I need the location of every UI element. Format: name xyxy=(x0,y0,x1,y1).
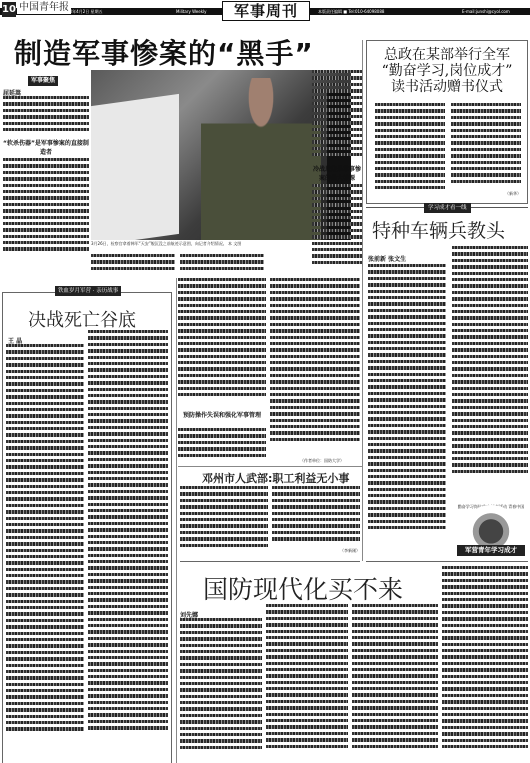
dengzhou-body-col1 xyxy=(180,486,268,551)
vehicle-headline: 特种车辆兵教头 xyxy=(372,216,505,243)
defense-body-col4 xyxy=(442,566,528,763)
lead-subhead-2: 冷战思维是军事惨案的最大根源 xyxy=(312,164,362,182)
section-rule: 学习成才看一线 xyxy=(366,203,528,213)
reading-event-headline-line3: 读书活动赠书仪式 xyxy=(367,79,527,95)
reading-event-headline-line1: 总政在某部举行全军 xyxy=(367,47,527,63)
section-rule-label: 学习成才看一线 xyxy=(424,203,471,213)
defense-body-col2 xyxy=(266,604,348,763)
lead-source: （作者单位：国防大学） xyxy=(300,458,344,464)
lead-body-col4a xyxy=(312,70,362,165)
reading-event-headline-line2: “勤奋学习,岗位成才” xyxy=(367,63,527,79)
issue-date: 2010年4月2日 星期五 xyxy=(62,8,103,15)
reading-event-source: （新华） xyxy=(505,191,521,197)
section-title: 军事周刊 xyxy=(222,1,310,21)
study-emblem: 勤奋学习岗位成才 读书活动 青春中国 军营青年学习成才 xyxy=(455,505,527,560)
lead-body-col6 xyxy=(270,278,360,458)
column-rule-1 xyxy=(176,278,177,763)
page-number: 10 xyxy=(2,2,16,17)
vehicle-byline: 张前新 张文生 xyxy=(368,254,406,263)
lead-body-col1a xyxy=(3,96,89,136)
lead-subhead-3: 预防操作失误和强化军事管理 xyxy=(178,410,266,419)
divider-dengzhou-bottom xyxy=(180,561,360,562)
lead-body-col2 xyxy=(91,254,175,274)
battle-body-col1 xyxy=(6,344,84,759)
emblem-banner: 军营青年学习成才 xyxy=(457,545,525,556)
vehicle-body-col1 xyxy=(368,264,446,554)
reading-event-headline: 总政在某部举行全军 “勤奋学习,岗位成才” 读书活动赠书仪式 xyxy=(367,47,527,95)
lead-body-col5 xyxy=(178,278,266,408)
reading-event-body-col2 xyxy=(451,103,521,198)
lead-body-col1b xyxy=(3,158,89,258)
vehicle-body-col2 xyxy=(452,246,528,501)
editor-info: 本版责任编辑 ■ Tel:010-64098088 xyxy=(318,8,384,15)
emblem-image xyxy=(461,505,521,549)
english-section: Military Weekly xyxy=(176,8,207,15)
lead-subhead-1: “软杀伤器”是军事惨案的直接制造者 xyxy=(3,138,89,156)
battle-story-label: 铁血岁月军营 · 亲历战事 xyxy=(55,286,121,296)
dengzhou-headline: 邓州市人武部:职工利益无小事 xyxy=(202,470,349,486)
reading-event-body-col1 xyxy=(375,103,445,198)
lead-body-col4b xyxy=(312,184,362,274)
email: E-mail:junshi@cyol.com xyxy=(462,8,510,15)
lead-body-col5b xyxy=(178,428,266,462)
defense-body-col1 xyxy=(180,618,262,763)
divider-lead-bottom xyxy=(178,466,362,467)
divider-vehicle-bottom xyxy=(366,561,528,562)
battle-body-col2 xyxy=(88,330,168,760)
chart-board xyxy=(91,94,179,240)
dengzhou-body-col2 xyxy=(272,486,360,546)
officer-figure xyxy=(201,78,321,240)
dengzhou-source: （李新刚） xyxy=(340,548,360,554)
defense-headline: 国防现代化买不来 xyxy=(203,570,403,606)
masthead: 10 中国青年报 2010年4月2日 星期五 Military Weekly 军… xyxy=(0,0,530,20)
lead-tag: 军事聚焦 xyxy=(28,76,58,86)
lead-headline: 制造军事惨案的“黑手” xyxy=(14,32,314,72)
defense-body-col3 xyxy=(352,604,438,763)
column-rule-2 xyxy=(362,40,363,561)
lead-body-col3 xyxy=(180,254,264,274)
reading-event-box: 总政在某部举行全军 “勤奋学习,岗位成才” 读书活动赠书仪式 （新华） xyxy=(366,40,528,204)
battle-headline: 决战死亡谷底 xyxy=(28,306,136,332)
